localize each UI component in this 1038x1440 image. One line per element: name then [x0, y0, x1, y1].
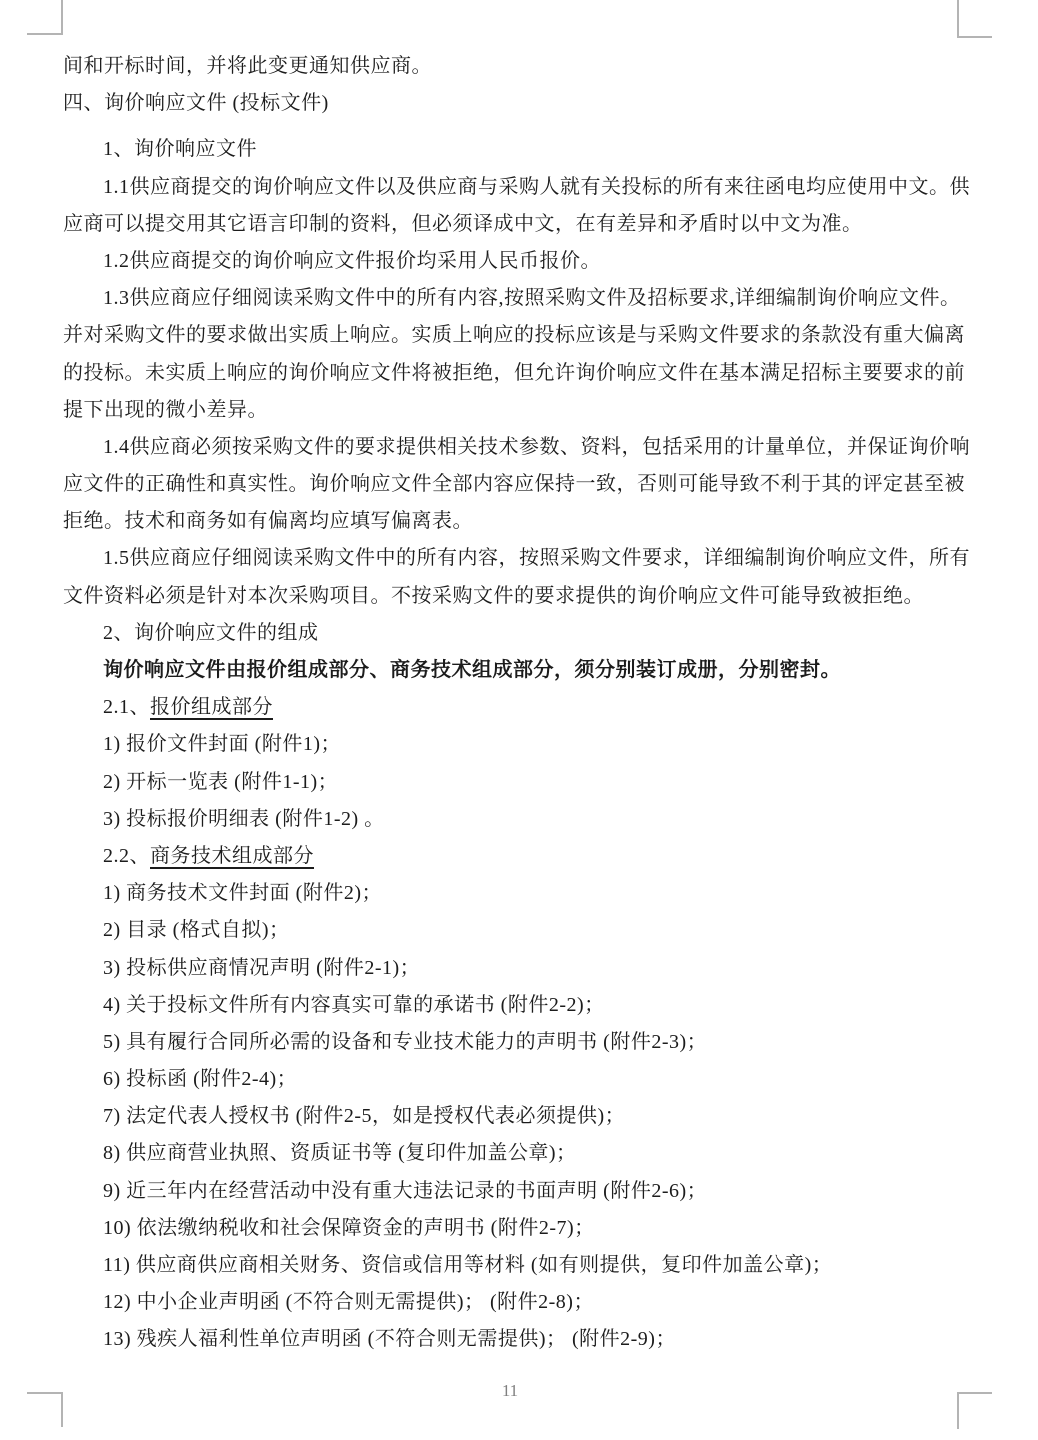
sub-heading: 2、询价响应文件的组成 [63, 615, 957, 652]
list-item: 11) 供应商供应商相关财务、资信或信用等材料 (如有则提供，复印件加盖公章)； [63, 1247, 957, 1284]
text-run: 并对采购文件的要求做出实质上响应。实质上响应的投标应该是与采购文件要求的条款没有… [63, 324, 965, 346]
text-run: 1) 报价文件封面 (附件1)； [103, 733, 341, 755]
text-run: 拒绝。技术和商务如有偏离均应填写偏离表。 [63, 510, 473, 532]
section-heading: 四、询价响应文件 (投标文件) [63, 85, 957, 122]
text-run: 1.2供应商提交的询价响应文件报价均采用人民币报价。 [103, 250, 601, 272]
text-run: 提下出现的微小差异。 [63, 399, 268, 421]
bold-notice: 询价响应文件由报价组成部分、商务技术组成部分，须分别装订成册，分别密封。 [63, 652, 957, 689]
list-item: 4) 关于投标文件所有内容真实可靠的承诺书 (附件2-2)； [63, 987, 957, 1024]
text-run: 9) 近三年内在经营活动中没有重大违法记录的书面声明 (附件2-6)； [103, 1180, 707, 1202]
text-run: 8) 供应商营业执照、资质证书等 (复印件加盖公章)； [103, 1142, 576, 1164]
list-item: 12) 中小企业声明函 (不符合则无需提供)； (附件2-8)； [63, 1284, 957, 1321]
paragraph-line: 1.3供应商应仔细阅读采购文件中的所有内容,按照采购文件及招标要求,详细编制询价… [63, 280, 957, 317]
text-run: 1) 商务技术文件封面 (附件2)； [103, 882, 382, 904]
document-page: 间和开标时间，并将此变更通知供应商。四、询价响应文件 (投标文件)1、询价响应文… [0, 0, 1038, 1440]
paragraph-line: 拒绝。技术和商务如有偏离均应填写偏离表。 [63, 503, 957, 540]
crop-mark-top-left [27, 0, 63, 35]
list-item: 2) 开标一览表 (附件1-1)； [63, 764, 957, 801]
text-run: 1.1供应商提交的询价响应文件以及供应商与采购人就有关投标的所有来往函电均应使用… [103, 176, 970, 198]
list-item: 5) 具有履行合同所必需的设备和专业技术能力的声明书 (附件2-3)； [63, 1024, 957, 1061]
paragraph-line: 1.4供应商必须按采购文件的要求提供相关技术参数、资料，包括采用的计量单位，并保… [63, 429, 957, 466]
sub-heading: 2.2、商务技术组成部分 [63, 838, 957, 875]
list-item: 3) 投标供应商情况声明 (附件2-1)； [63, 950, 957, 987]
text-run: 2.1、 [103, 696, 150, 718]
text-run: 商务技术组成部分 [150, 845, 314, 867]
text-run: 的投标。未实质上响应的询价响应文件将被拒绝，但允许询价响应文件在基本满足招标主要… [63, 362, 965, 384]
paragraph-line: 1.5供应商应仔细阅读采购文件中的所有内容，按照采购文件要求，详细编制询价响应文… [63, 540, 957, 577]
text-run: 7) 法定代表人授权书 (附件2-5，如是授权代表必须提供)； [103, 1105, 625, 1127]
text-run: 13) 残疾人福利性单位声明函 (不符合则无需提供)； (附件2-9)； [103, 1328, 676, 1350]
text-run: 间和开标时间，并将此变更通知供应商。 [63, 55, 432, 77]
list-item: 2) 目录 (格式自拟)； [63, 912, 957, 949]
sub-heading: 2.1、报价组成部分 [63, 689, 957, 726]
paragraph-line: 应商可以提交用其它语言印制的资料，但必须译成中文，在有差异和矛盾时以中文为准。 [63, 206, 957, 243]
text-run: 5) 具有履行合同所必需的设备和专业技术能力的声明书 (附件2-3)； [103, 1031, 707, 1053]
paragraph-line: 1.1供应商提交的询价响应文件以及供应商与采购人就有关投标的所有来往函电均应使用… [63, 169, 957, 206]
text-run: 1.5供应商应仔细阅读采购文件中的所有内容，按照采购文件要求，详细编制询价响应文… [103, 547, 970, 569]
paragraph-line: 文件资料必须是针对本次采购项目。不按采购文件的要求提供的询价响应文件可能导致被拒… [63, 578, 957, 615]
text-run: 文件资料必须是针对本次采购项目。不按采购文件的要求提供的询价响应文件可能导致被拒… [63, 585, 924, 607]
sub-heading: 1、询价响应文件 [63, 131, 957, 168]
document-body: 间和开标时间，并将此变更通知供应商。四、询价响应文件 (投标文件)1、询价响应文… [63, 48, 957, 1359]
text-run: 应文件的正确性和真实性。询价响应文件全部内容应保持一致，否则可能导致不利于其的评… [63, 473, 965, 495]
paragraph-line: 提下出现的微小差异。 [63, 392, 957, 429]
text-run: 3) 投标供应商情况声明 (附件2-1)； [103, 957, 420, 979]
list-item: 7) 法定代表人授权书 (附件2-5，如是授权代表必须提供)； [63, 1098, 957, 1135]
page-number: 11 [63, 1381, 957, 1401]
list-item: 1) 报价文件封面 (附件1)； [63, 726, 957, 763]
text-run: 应商可以提交用其它语言印制的资料，但必须译成中文，在有差异和矛盾时以中文为准。 [63, 213, 863, 235]
text-run: 2) 开标一览表 (附件1-1)； [103, 771, 338, 793]
text-run: 6) 投标函 (附件2-4)； [103, 1068, 297, 1090]
text-run: 11) 供应商供应商相关财务、资信或信用等材料 (如有则提供，复印件加盖公章)； [103, 1254, 832, 1276]
text-run: 2.2、 [103, 845, 150, 867]
text-run: 四、询价响应文件 (投标文件) [63, 92, 329, 114]
list-item: 1) 商务技术文件封面 (附件2)； [63, 875, 957, 912]
text-run: 1.4供应商必须按采购文件的要求提供相关技术参数、资料，包括采用的计量单位，并保… [103, 436, 970, 458]
list-item: 10) 依法缴纳税收和社会保障资金的声明书 (附件2-7)； [63, 1210, 957, 1247]
paragraph-line: 间和开标时间，并将此变更通知供应商。 [63, 48, 957, 85]
text-run: 12) 中小企业声明函 (不符合则无需提供)； (附件2-8)； [103, 1291, 594, 1313]
text-run: 询价响应文件由报价组成部分、商务技术组成部分，须分别装订成册，分别密封。 [103, 659, 841, 681]
list-item: 8) 供应商营业执照、资质证书等 (复印件加盖公章)； [63, 1135, 957, 1172]
text-run: 3) 投标报价明细表 (附件1-2) 。 [103, 808, 385, 830]
list-item: 6) 投标函 (附件2-4)； [63, 1061, 957, 1098]
text-run: 10) 依法缴纳税收和社会保障资金的声明书 (附件2-7)； [103, 1217, 595, 1239]
crop-mark-bottom-left [27, 1392, 63, 1427]
paragraph-line: 1.2供应商提交的询价响应文件报价均采用人民币报价。 [63, 243, 957, 280]
text-run: 报价组成部分 [150, 696, 273, 718]
paragraph-line: 的投标。未实质上响应的询价响应文件将被拒绝，但允许询价响应文件在基本满足招标主要… [63, 355, 957, 392]
list-item: 13) 残疾人福利性单位声明函 (不符合则无需提供)； (附件2-9)； [63, 1321, 957, 1358]
list-item: 9) 近三年内在经营活动中没有重大违法记录的书面声明 (附件2-6)； [63, 1173, 957, 1210]
list-item: 3) 投标报价明细表 (附件1-2) 。 [63, 801, 957, 838]
text-run: 2) 目录 (格式自拟)； [103, 919, 289, 941]
text-run: 2、询价响应文件的组成 [103, 622, 319, 644]
crop-mark-top-right [957, 0, 992, 38]
text-run: 4) 关于投标文件所有内容真实可靠的承诺书 (附件2-2)； [103, 994, 605, 1016]
paragraph-line: 并对采购文件的要求做出实质上响应。实质上响应的投标应该是与采购文件要求的条款没有… [63, 317, 957, 354]
crop-mark-bottom-right [957, 1392, 992, 1429]
text-run: 1、询价响应文件 [103, 138, 257, 160]
text-run: 1.3供应商应仔细阅读采购文件中的所有内容,按照采购文件及招标要求,详细编制询价… [103, 287, 961, 309]
paragraph-line: 应文件的正确性和真实性。询价响应文件全部内容应保持一致，否则可能导致不利于其的评… [63, 466, 957, 503]
